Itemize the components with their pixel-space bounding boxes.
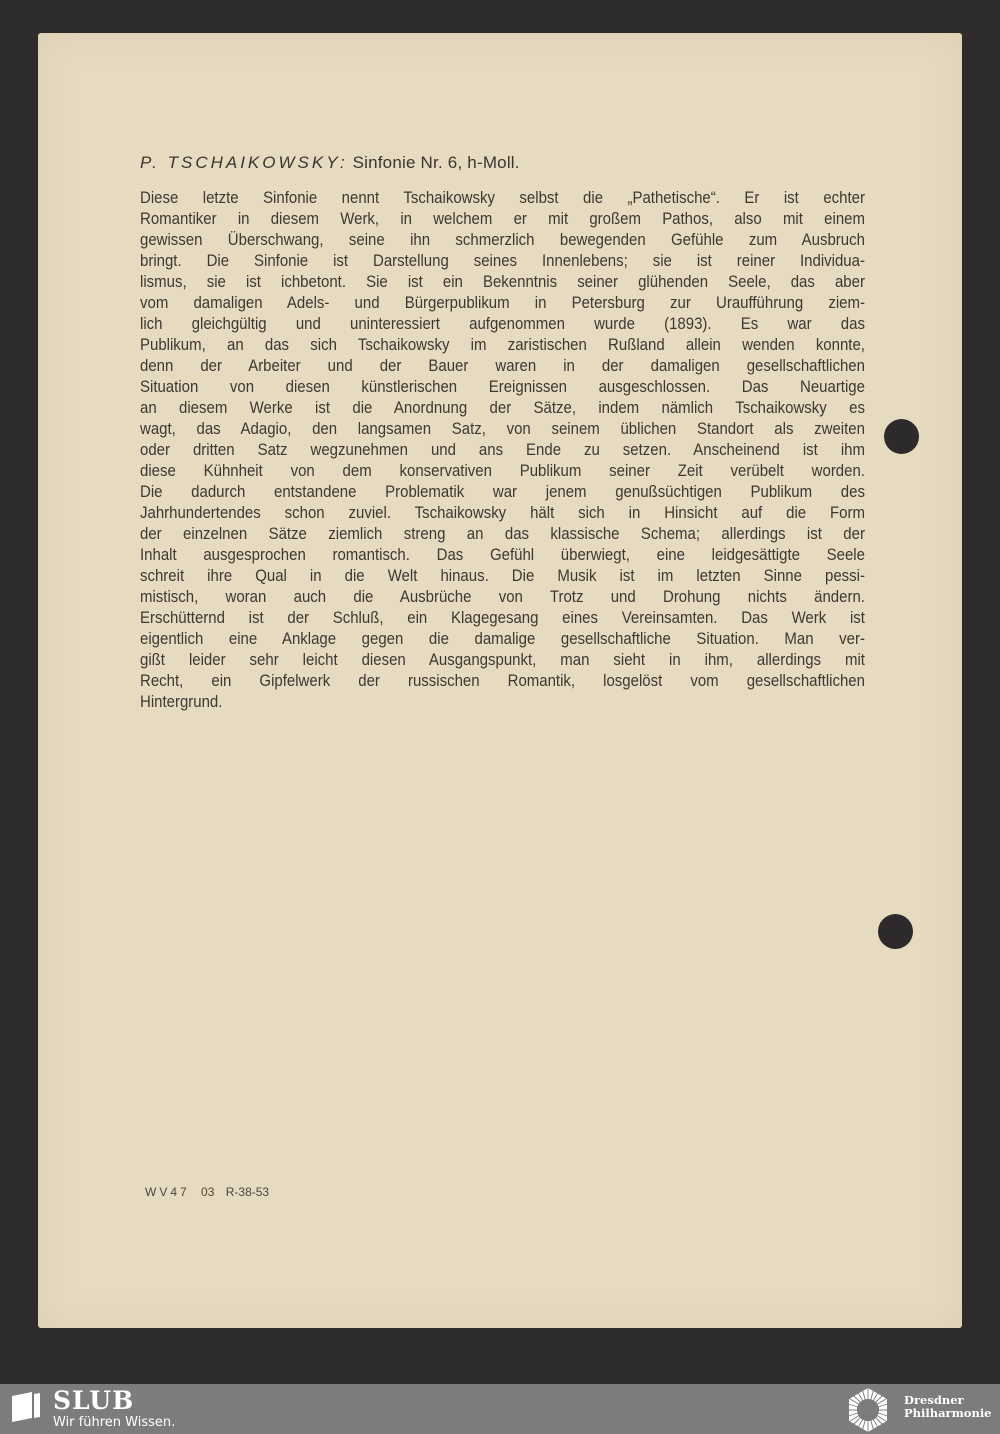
- text-line: gißt leider sehr leicht diesen Ausgangsp…: [140, 650, 865, 671]
- text-line: wagt, das Adagio, den langsamen Satz, vo…: [140, 419, 865, 440]
- text-line: gewissen Überschwang, seine ihn schmerzl…: [140, 230, 865, 251]
- text-line: Inhalt ausgesprochen romantisch. Das Gef…: [140, 545, 865, 566]
- document-heading: P. TSCHAIKOWSKY: Sinfonie Nr. 6, h-Moll.: [140, 153, 520, 173]
- punch-hole-top: [884, 419, 919, 454]
- text-line: Die dadurch entstandene Problematik war …: [140, 482, 865, 503]
- philharmonie-brand: Dresdner Philharmonie: [904, 1394, 992, 1420]
- text-line: schreit ihre Qual in die Welt hinaus. Di…: [140, 566, 865, 587]
- philharmonie-brand-line2: Philharmonie: [904, 1407, 992, 1420]
- slub-brand: SLUB: [53, 1386, 134, 1415]
- punch-hole-bottom: [878, 914, 913, 949]
- text-line: Publikum, an das sich Tschaikowsky im za…: [140, 335, 865, 356]
- philharmonie-logo-icon: [842, 1387, 894, 1433]
- text-line: oder dritten Satz wegzunehmen und ans En…: [140, 440, 865, 461]
- text-line: vom damaligen Adels- und Bürgerpublikum …: [140, 293, 865, 314]
- slub-logo-icon: [12, 1392, 40, 1422]
- print-code-number: 03: [201, 1185, 214, 1199]
- text-line: lismus, sie ist ichbetont. Sie ist ein B…: [140, 272, 865, 293]
- text-line: Diese letzte Sinfonie nennt Tschaikowsky…: [140, 188, 865, 209]
- text-line: der einzelnen Sätze ziemlich streng an d…: [140, 524, 865, 545]
- program-note-text: Diese letzte Sinfonie nennt Tschaikowsky…: [140, 188, 865, 713]
- text-line: Erschütternd ist der Schluß, ein Klagege…: [140, 608, 865, 629]
- text-line: eigentlich eine Anklage gegen die damali…: [140, 629, 865, 650]
- footer-bar: SLUB Wir führen Wissen. Dresdner Philhar…: [0, 1384, 1000, 1434]
- text-line: lich gleichgültig und uninteressiert auf…: [140, 314, 865, 335]
- text-line: Recht, ein Gipfelwerk der russischen Rom…: [140, 671, 865, 692]
- text-line: an diesem Werke ist die Anordnung der Sä…: [140, 398, 865, 419]
- text-line: Romantiker in diesem Werk, in welchem er…: [140, 209, 865, 230]
- composer-name: P. TSCHAIKOWSKY:: [140, 153, 348, 172]
- print-code-wv: WV47: [145, 1185, 190, 1199]
- text-line: Hintergrund.: [140, 692, 865, 713]
- text-line: Jahrhundertendes schon zuviel. Tschaikow…: [140, 503, 865, 524]
- slub-tagline: Wir führen Wissen.: [53, 1415, 175, 1430]
- text-line: denn der Arbeiter und der Bauer waren in…: [140, 356, 865, 377]
- text-line: mistisch, woran auch die Ausbrüche von T…: [140, 587, 865, 608]
- print-code: WV47 03 R-38-53: [145, 1185, 269, 1199]
- print-code-ref: R-38-53: [226, 1185, 269, 1199]
- text-line: diese Kühnheit von dem konservativen Pub…: [140, 461, 865, 482]
- text-line: bringt. Die Sinfonie ist Darstellung sei…: [140, 251, 865, 272]
- text-line: Situation von diesen künstlerischen Erei…: [140, 377, 865, 398]
- work-title: Sinfonie Nr. 6, h-Moll.: [353, 153, 520, 172]
